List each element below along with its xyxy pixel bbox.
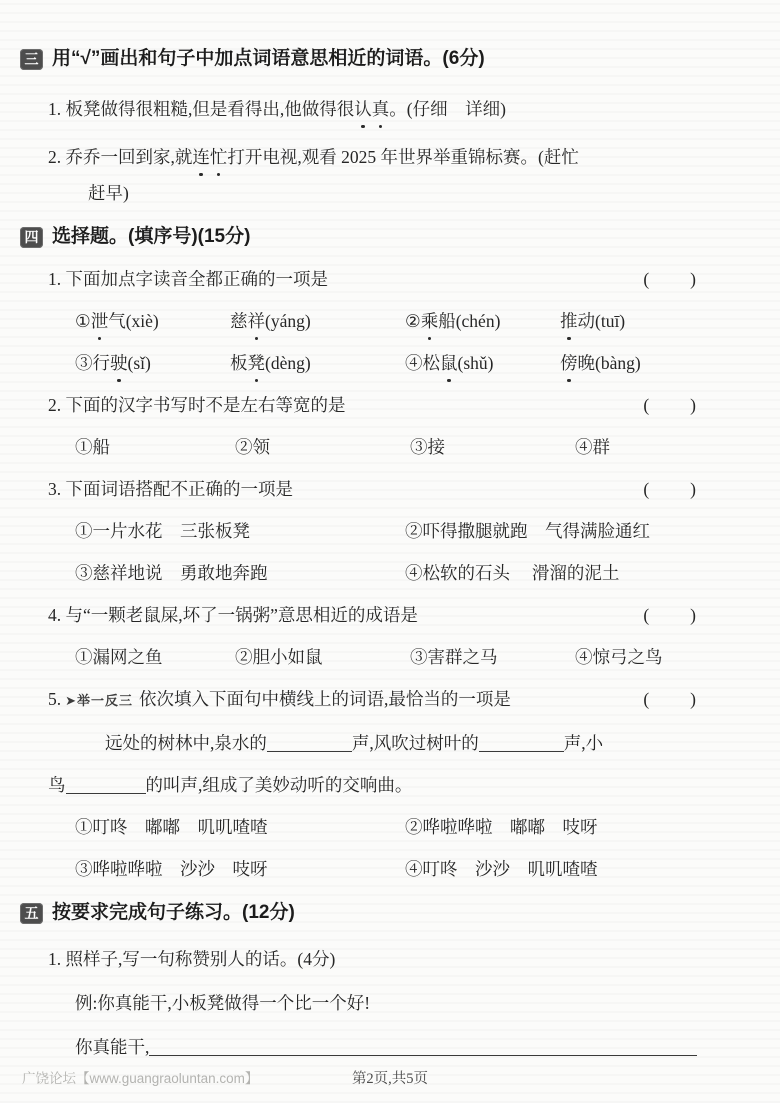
answer-paren: ( ) (643, 264, 698, 294)
s4-q1-stem: 1. 下面加点字读音全都正确的一项是 (48, 264, 328, 294)
section-three: 三 用“√”画出和句子中加点词语意思相近的词语。(6分) 1. 板凳做得很粗糙,… (20, 44, 756, 208)
s4-q4-options: ①漏网之鱼 ②胆小如鼠 ③害群之马 ④惊弓之鸟 (20, 642, 756, 672)
s4-q5-options-row1: ①叮咚 嘟嘟 叽叽喳喳 ②哗啦哗啦 嘟嘟 吱呀 (20, 812, 756, 842)
option-item: ①船 (75, 432, 235, 462)
option-item: ④惊弓之鸟 (575, 642, 756, 672)
exam-page: 三 用“√”画出和句子中加点词语意思相近的词语。(6分) 1. 板凳做得很粗糙,… (0, 0, 780, 1103)
fill-blank (479, 734, 564, 753)
option-item: ②领 (235, 432, 410, 462)
s4-q5-options-row2: ③哗啦哗啦 沙沙 吱呀 ④叮咚 沙沙 叽叽喳喳 (20, 854, 756, 884)
option-item: ②乘船(chén) (405, 306, 560, 336)
s3-q2-line1: 2. 乔乔一回到家,就连忙打开电视,观看 2025 年世界举重锦标赛。(赶忙 (20, 142, 756, 172)
option-item: ③接 (410, 432, 575, 462)
section-four: 四 选择题。(填序号)(15分) 1. 下面加点字读音全都正确的一项是 ( ) … (20, 222, 756, 884)
s4-q3-options-row1: ①一片水花 三张板凳 ②吓得撒腿就跑 气得满脸通红 (20, 516, 756, 546)
page-content: 三 用“√”画出和句子中加点词语意思相近的词语。(6分) 1. 板凳做得很粗糙,… (0, 0, 780, 1062)
option-item: ①一片水花 三张板凳 (75, 516, 405, 546)
option-item: 慈祥(yáng) (230, 306, 405, 336)
section-four-badge: 四 (20, 227, 43, 248)
answer-paren: ( ) (643, 474, 698, 504)
s4-q5-stem-row: 5. ➤举一反三 依次填入下面句中横线上的词语,最恰当的一项是 ( ) (20, 684, 756, 716)
s4-q2-stem-row: 2. 下面的汉字书写时不是左右等宽的是 ( ) (20, 390, 756, 420)
s4-q1-stem-row: 1. 下面加点字读音全都正确的一项是 ( ) (20, 264, 756, 294)
page-number: 第2页,共5页 (0, 1067, 780, 1088)
section-five-badge: 五 (20, 903, 43, 924)
s4-q3-stem: 3. 下面词语搭配不正确的一项是 (48, 474, 293, 504)
s4-q5-passage-line1: 远处的树林中,泉水的声,风吹过树叶的声,小 (20, 728, 756, 758)
option-item: 推动(tuī) (560, 306, 756, 336)
s5-example-line: 例:你真能干,小板凳做得一个比一个好! (20, 988, 756, 1018)
option-item: ①泄气(xiè) (75, 306, 230, 336)
s4-q5-passage-line2: 鸟的叫声,组成了美妙动听的交响曲。 (20, 770, 756, 800)
answer-paren: ( ) (643, 600, 698, 630)
option-item: 傍晚(bàng) (560, 348, 756, 378)
section-three-badge: 三 (20, 49, 43, 70)
s3-q1-line: 1. 板凳做得很粗糙,但是看得出,他做得很认真。(仔细 详细) (20, 94, 756, 124)
s4-q1-options-row2: ③行驶(sǐ) 板凳(dèng) ④松鼠(shǔ) 傍晚(bàng) (20, 348, 756, 378)
section-four-header: 四 选择题。(填序号)(15分) (20, 222, 756, 252)
section-three-title: 用“√”画出和句子中加点词语意思相近的词语。(6分) (52, 44, 485, 74)
fill-blank (149, 1038, 697, 1057)
option-item: ④叮咚 沙沙 叽叽喳喳 (405, 854, 756, 884)
option-item: 板凳(dèng) (230, 348, 405, 378)
s4-q4-stem-row: 4. 与“一颗老鼠屎,坏了一锅粥”意思相近的成语是 ( ) (20, 600, 756, 630)
option-item: ②哗啦哗啦 嘟嘟 吱呀 (405, 812, 756, 842)
section-four-title: 选择题。(填序号)(15分) (52, 222, 250, 252)
s5-answer-line: 你真能干, (20, 1032, 756, 1062)
option-item: ③慈祥地说 勇敢地奔跑 (75, 558, 405, 588)
fill-blank (267, 734, 352, 753)
answer-paren: ( ) (643, 684, 698, 714)
s4-q3-options-row2: ③慈祥地说 勇敢地奔跑 ④松软的石头 滑溜的泥土 (20, 558, 756, 588)
fill-blank (66, 776, 146, 795)
section-five-header: 五 按要求完成句子练习。(12分) (20, 898, 756, 928)
page-footer: 广饶论坛【www.guangraoluntan.com】 第2页,共5页 (0, 1067, 780, 1089)
section-five: 五 按要求完成句子练习。(12分) 1. 照样子,写一句称赞别人的话。(4分) … (20, 898, 756, 1062)
option-item: ①叮咚 嘟嘟 叽叽喳喳 (75, 812, 405, 842)
answer-paren: ( ) (643, 390, 698, 420)
option-item: ④群 (575, 432, 756, 462)
s4-q1-options-row1: ①泄气(xiè) 慈祥(yáng) ②乘船(chén) 推动(tuī) (20, 306, 756, 336)
option-item: ③行驶(sǐ) (75, 348, 230, 378)
option-item: ④松软的石头 滑溜的泥土 (405, 558, 756, 588)
s4-q2-options: ①船 ②领 ③接 ④群 (20, 432, 756, 462)
option-item: ③害群之马 (410, 642, 575, 672)
s4-q4-stem: 4. 与“一颗老鼠屎,坏了一锅粥”意思相近的成语是 (48, 600, 418, 630)
option-item: ②吓得撒腿就跑 气得满脸通红 (405, 516, 756, 546)
s4-q2-stem: 2. 下面的汉字书写时不是左右等宽的是 (48, 390, 346, 420)
s4-q5-stem: 依次填入下面句中横线上的词语,最恰当的一项是 (139, 684, 643, 714)
section-five-title: 按要求完成句子练习。(12分) (52, 898, 295, 928)
section-three-header: 三 用“√”画出和句子中加点词语意思相近的词语。(6分) (20, 44, 756, 74)
option-item: ③哗啦哗啦 沙沙 吱呀 (75, 854, 405, 884)
option-item: ②胆小如鼠 (235, 642, 410, 672)
option-item: ④松鼠(shǔ) (405, 348, 560, 378)
option-item: ①漏网之鱼 (75, 642, 235, 672)
s3-q2-line2: 赶早) (20, 178, 756, 208)
s5-q1-line: 1. 照样子,写一句称赞别人的话。(4分) (20, 944, 756, 974)
q5-tip-badge: ➤举一反三 (65, 686, 133, 716)
s4-q5-number: 5. (48, 684, 61, 714)
s4-q3-stem-row: 3. 下面词语搭配不正确的一项是 ( ) (20, 474, 756, 504)
